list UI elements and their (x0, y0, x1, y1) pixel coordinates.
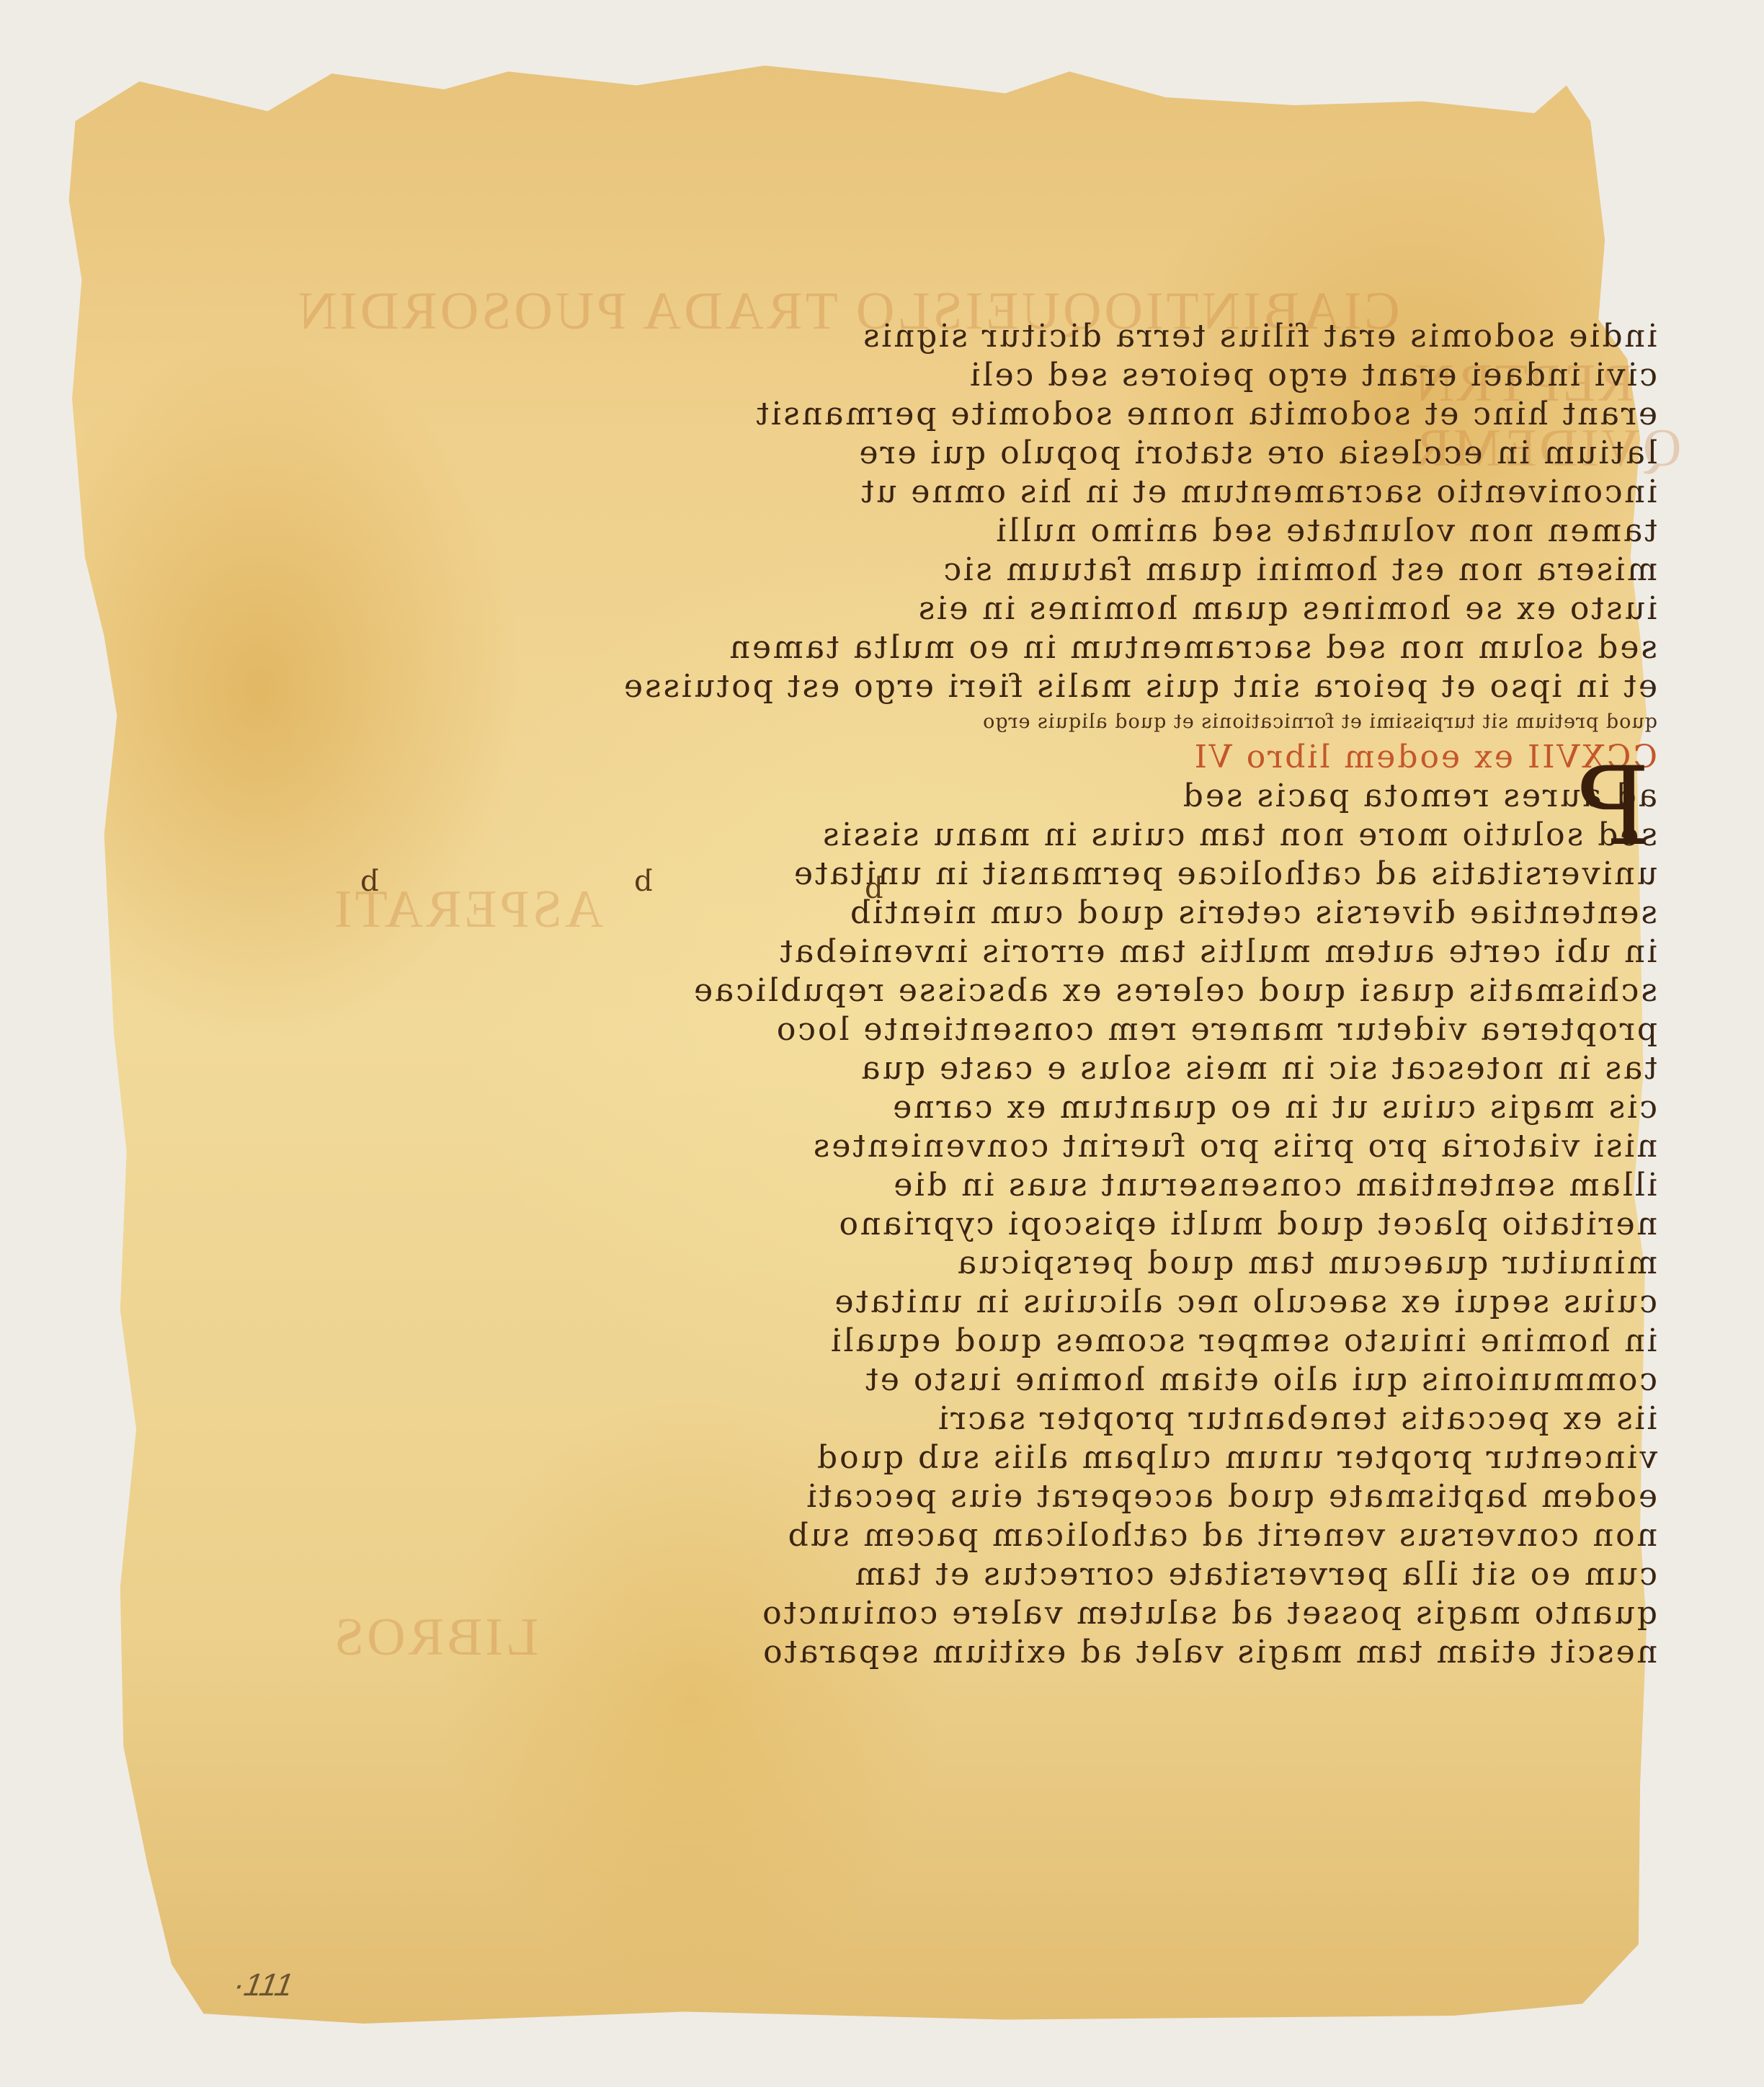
text-line: propterea videtur manere rem consentient… (339, 1010, 1657, 1049)
text-line: cis magis cuius ut in eo quantum ex carn… (339, 1088, 1657, 1127)
text-line: sed solutio more non tam cuius in manu s… (339, 816, 1657, 855)
text-line: eodem baptismate quod acceperat eius pec… (339, 1477, 1657, 1516)
main-text-column: indie sodomis erat filius terra dicitur … (339, 317, 1657, 1672)
text-line: in ubi certe autem multis tam erroris in… (339, 933, 1657, 971)
decorated-initial-letter: P (1621, 753, 1650, 861)
marginal-sign-icon: b (360, 865, 379, 898)
text-line: illam sententiam consenserunt suas in di… (339, 1166, 1657, 1205)
text-line: cuius sequi ex saeculo nec alicuius in u… (339, 1283, 1657, 1322)
text-line: neritatio placet quod multi episcopi cyp… (339, 1205, 1657, 1244)
text-line: communionis qui alio etiam homine iusto … (339, 1361, 1657, 1400)
text-line: inconiventio sacramentum et in his omne … (339, 473, 1657, 512)
text-line: tas in notescat sic in meis solus e cast… (339, 1049, 1657, 1088)
text-line: vincentur propter unum culpam aliis sub … (339, 1438, 1657, 1477)
text-line: schismatis quasi quod celeres ex absciss… (339, 971, 1657, 1010)
marginal-gloss-line: quod pretium sit turpissimi et fornicati… (339, 706, 1657, 738)
text-line: tamen non voluntate sed animo nulli (339, 512, 1657, 551)
text-line: iusto ex se homines quam homines in eis (339, 589, 1657, 628)
text-line: nisi viatoria pro priis pro fuerint conv… (339, 1127, 1657, 1166)
text-line: in homine iniusto semper scomes quod equ… (339, 1322, 1657, 1361)
text-line: cum eo sit illa perversitate correctus e… (339, 1555, 1657, 1594)
text-line: latium in ecclesia ore statori populo qu… (339, 434, 1657, 473)
text-line: et in ipso et peiora sint quis malis fie… (339, 667, 1657, 706)
text-line: civi indaei erant ergo peiores sed celi (339, 356, 1657, 395)
text-line: nescit etiam tam magis valet ad exitium … (339, 1633, 1657, 1672)
text-line: iis ex peccatis tenebantur propter sacri (339, 1400, 1657, 1438)
text-line: misera non est homini quam fatuum sic (339, 551, 1657, 589)
text-line: universitatis ad catholicae permansit in… (339, 855, 1657, 894)
text-line: indie sodomis erat filius terra dicitur … (339, 317, 1657, 356)
text-line: ad aures remota pacis sed (339, 777, 1657, 816)
text-line: sed solum non sed sacramentum in eo mult… (339, 628, 1657, 667)
text-line: sententiae diversis ceteris quod cum nie… (339, 894, 1657, 933)
text-line: quanto magis posset ad salutem valere co… (339, 1594, 1657, 1633)
marginal-sign-icon: b (634, 865, 653, 898)
text-line: minuitur quaecum tam quod perspicua (339, 1244, 1657, 1283)
text-line: non conversus venerit ad catholicam pace… (339, 1516, 1657, 1555)
marginal-sign-icon: b (865, 872, 883, 905)
rubric-heading: CCXVII ex eodem libro VI (339, 738, 1657, 777)
text-line: erant hinc et sodomita nonne sodomite pe… (339, 395, 1657, 434)
